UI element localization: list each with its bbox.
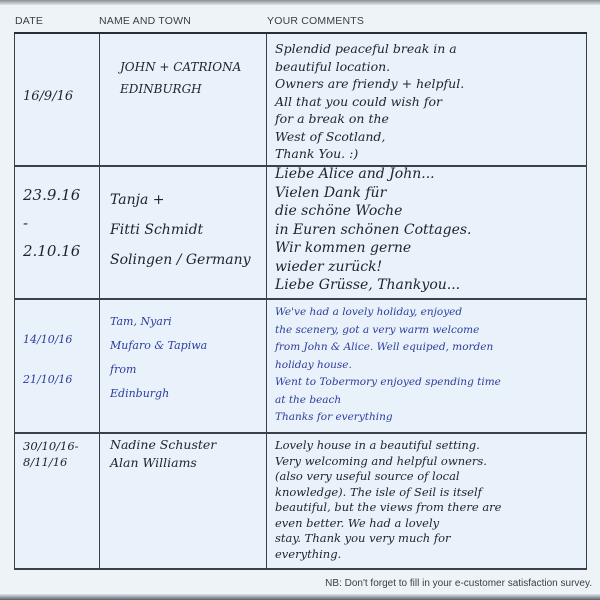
text-line: Vielen Dank für — [275, 184, 580, 203]
text-line: Lovely house in a beautiful setting. — [275, 438, 580, 454]
entry-date: 23.9.16-2.10.16 — [23, 181, 80, 265]
text-line: Tanja + — [110, 185, 251, 215]
entry-comment-cell: Liebe Alice and John...Vielen Dank fürdi… — [267, 166, 587, 299]
entry-name-cell: Tam, NyariMufaro & TapiwafromEdinburgh — [100, 299, 267, 433]
text-line: in Euren schönen Cottages. — [275, 221, 580, 240]
entry-name: Tanja +Fitti SchmidtSolingen / Germany — [110, 185, 251, 275]
guestbook-entry-1: 16/9/16 JOHN + CATRIONAEDINBURGH Splendi… — [15, 33, 587, 166]
text-line: everything. — [275, 547, 580, 563]
text-line: die schöne Woche — [275, 202, 580, 221]
text-line: Liebe Grüsse, Thankyou... — [275, 276, 580, 295]
text-line: Splendid peaceful break in a — [275, 40, 580, 58]
text-line: 2.10.16 — [23, 237, 80, 265]
entry-name: Nadine SchusterAlan Williams — [110, 436, 216, 472]
text-line: EDINBURGH — [120, 78, 241, 100]
text-line: Solingen / Germany — [110, 245, 251, 275]
text-line: - — [23, 209, 80, 237]
header-comments: YOUR COMMENTS — [267, 15, 364, 27]
text-line: 16/9/16 — [23, 89, 73, 105]
entry-name-cell: JOHN + CATRIONAEDINBURGH — [100, 33, 267, 166]
entry-comment: Lovely house in a beautiful setting.Very… — [275, 438, 580, 562]
guestbook-entry-4: 30/10/16-8/11/16 Nadine SchusterAlan Wil… — [15, 433, 587, 569]
entry-date-cell: 30/10/16-8/11/16 — [15, 433, 100, 569]
text-line: Wir kommen gerne — [275, 239, 580, 258]
text-line: at the beach — [275, 392, 580, 410]
text-line: Thank You. :) — [275, 145, 580, 163]
page-bottom-edge — [0, 594, 600, 600]
entry-name-cell: Nadine SchusterAlan Williams — [100, 433, 267, 569]
text-line: 14/10/16 — [23, 320, 72, 360]
header-date: DATE — [15, 15, 43, 27]
entry-comment: Liebe Alice and John...Vielen Dank fürdi… — [275, 165, 580, 295]
text-line: 23.9.16 — [23, 181, 80, 209]
text-line: beautiful location. — [275, 58, 580, 76]
text-line: Alan Williams — [110, 454, 216, 472]
text-line: Nadine Schuster — [110, 436, 216, 454]
text-line: stay. Thank you very much for — [275, 531, 580, 547]
page-top-edge — [0, 0, 600, 5]
text-line: from — [110, 358, 207, 382]
text-line: even better. We had a lovely — [275, 516, 580, 532]
text-line: 30/10/16- — [23, 438, 79, 454]
text-line: 21/10/16 — [23, 360, 72, 400]
entry-name-cell: Tanja +Fitti SchmidtSolingen / Germany — [100, 166, 267, 299]
text-line: All that you could wish for — [275, 93, 580, 111]
text-line: Tam, Nyari — [110, 310, 207, 334]
text-line: knowledge). The isle of Seil is itself — [275, 485, 580, 501]
guestbook-table: 16/9/16 JOHN + CATRIONAEDINBURGH Splendi… — [14, 32, 587, 570]
text-line: Liebe Alice and John... — [275, 165, 580, 184]
guestbook-entry-3: 14/10/1621/10/16 Tam, NyariMufaro & Tapi… — [15, 299, 587, 433]
text-line: We've had a lovely holiday, enjoyed — [275, 304, 580, 322]
entry-comment: We've had a lovely holiday, enjoyedthe s… — [275, 304, 580, 427]
text-line: Very welcoming and helpful owners. — [275, 454, 580, 470]
text-line: JOHN + CATRIONA — [120, 56, 241, 78]
survey-footnote: NB: Don't forget to fill in your e-custo… — [325, 578, 592, 589]
entry-comment: Splendid peaceful break in abeautiful lo… — [275, 40, 580, 163]
entry-comment-cell: We've had a lovely holiday, enjoyedthe s… — [267, 299, 587, 433]
text-line: Mufaro & Tapiwa — [110, 334, 207, 358]
entry-date-cell: 14/10/1621/10/16 — [15, 299, 100, 433]
text-line: 8/11/16 — [23, 454, 79, 470]
entry-date: 14/10/1621/10/16 — [23, 320, 72, 400]
text-line: wieder zurück! — [275, 258, 580, 277]
text-line: Edinburgh — [110, 382, 207, 406]
entry-name: Tam, NyariMufaro & TapiwafromEdinburgh — [110, 310, 207, 406]
header-name-and-town: NAME AND TOWN — [99, 15, 191, 27]
text-line: holiday house. — [275, 357, 580, 375]
entry-date-cell: 16/9/16 — [15, 33, 100, 166]
text-line: Owners are friendy + helpful. — [275, 75, 580, 93]
text-line: for a break on the — [275, 110, 580, 128]
text-line: beautiful, but the views from there are — [275, 500, 580, 516]
text-line: the scenery, got a very warm welcome — [275, 322, 580, 340]
text-line: from John & Alice. Well equiped, morden — [275, 339, 580, 357]
entry-comment-cell: Lovely house in a beautiful setting.Very… — [267, 433, 587, 569]
text-line: West of Scotland, — [275, 128, 580, 146]
entry-date: 30/10/16-8/11/16 — [23, 438, 79, 470]
guestbook-entry-2: 23.9.16-2.10.16 Tanja +Fitti SchmidtSoli… — [15, 166, 587, 299]
text-line: Went to Tobermory enjoyed spending time — [275, 374, 580, 392]
text-line: (also very useful source of local — [275, 469, 580, 485]
entry-date: 16/9/16 — [23, 89, 73, 105]
entry-comment-cell: Splendid peaceful break in abeautiful lo… — [267, 33, 587, 166]
entry-date-cell: 23.9.16-2.10.16 — [15, 166, 100, 299]
text-line: Thanks for everything — [275, 409, 580, 427]
entry-name: JOHN + CATRIONAEDINBURGH — [120, 56, 241, 100]
text-line: Fitti Schmidt — [110, 215, 251, 245]
